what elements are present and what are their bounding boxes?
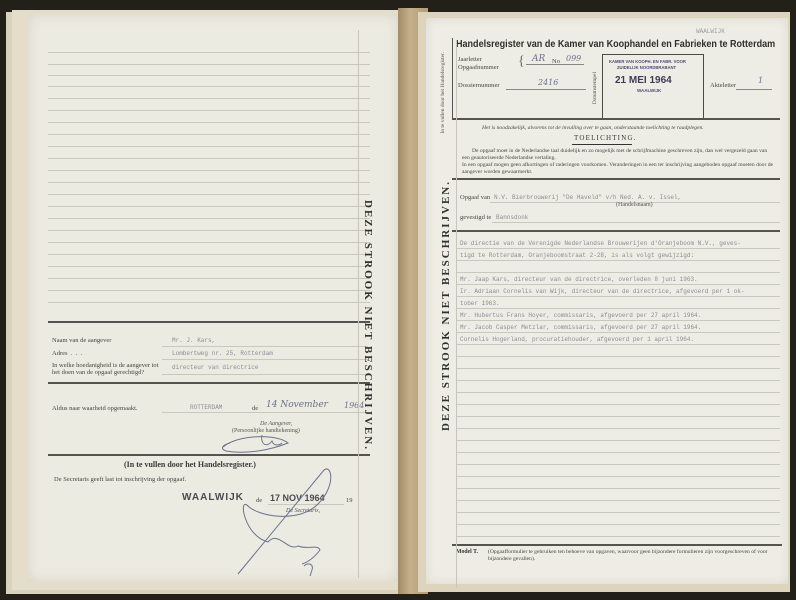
date-stamp-box: KAMER VAN KOOPH. EN FABR. VOOR ZUIDELIJK… bbox=[602, 54, 704, 120]
section-divider bbox=[48, 454, 370, 456]
jaarletter-value: AR bbox=[532, 54, 545, 64]
toelichting-text-2: In een opgaaf mogen geen afkortingen of … bbox=[462, 162, 774, 176]
body-line: tigd te Rotterdam, Oranjeboomstraat 2-28… bbox=[460, 252, 694, 259]
toelichting-heading: TOELICHTING. bbox=[574, 134, 637, 142]
dossier-label: Dossiernummer bbox=[458, 82, 500, 89]
left-margin-line bbox=[358, 30, 359, 578]
year-suffix: 19 bbox=[346, 497, 353, 504]
drawn-up-label: Aldus naar waarheid opgemaakt. bbox=[52, 405, 138, 412]
body-line: Cornelis Hogerland, procuratiehouder, af… bbox=[460, 336, 694, 343]
opgaaf-van-label: Opgaaf van bbox=[460, 194, 490, 201]
heading-underline bbox=[572, 144, 632, 145]
right-page: WAALWIJK Handelsregister van de Kamer va… bbox=[426, 18, 788, 584]
footer-model: Model T. bbox=[456, 549, 478, 555]
drawn-up-date: 14 November bbox=[266, 400, 328, 410]
jaarletter-label: Jaarletter bbox=[458, 56, 482, 63]
dossier-value: 2416 bbox=[538, 78, 558, 87]
stamp-place: WAALWIJK bbox=[637, 88, 661, 93]
header-divider bbox=[452, 118, 780, 120]
adres-label: Adres . . . bbox=[52, 350, 82, 357]
section-divider bbox=[48, 382, 370, 384]
brace: { bbox=[518, 54, 525, 70]
hoedanigheid-value: directeur van directrice bbox=[172, 364, 258, 371]
aangever-role: De Aangever, bbox=[260, 421, 292, 427]
hoedanigheid-label: In welke hoedanigheid is de aangever tot… bbox=[52, 362, 162, 376]
datumstempel-label: Datumstempel bbox=[592, 72, 598, 104]
stamp-line-2: ZUIDELIJK NOORDBRABANT bbox=[617, 65, 676, 70]
register-instruction: De Secretaris geeft last tot inschrijvin… bbox=[54, 476, 186, 483]
akteletter-label: Akteletter bbox=[710, 82, 736, 89]
stamp-line-1: KAMER VAN KOOPH. EN FABR. VOOR bbox=[609, 59, 686, 64]
body-line: Mr. Jacob Casper Metzlar, commissaris, a… bbox=[460, 324, 701, 331]
body-line: Mr. Hubertus Frans Hoyer, commissaris, a… bbox=[460, 312, 701, 319]
footer-text: (Opgaafformulier te gebruiken ten behoev… bbox=[488, 549, 778, 563]
footer-divider bbox=[452, 544, 782, 546]
drawn-up-place: ROTTERDAM bbox=[190, 404, 222, 411]
adres-value: Lombertweg nr. 25, Rotterdam bbox=[172, 350, 273, 357]
form-city: Rotterdam bbox=[730, 38, 775, 50]
handelsnaam-note: (Handelsnaam) bbox=[616, 202, 653, 208]
body-divider bbox=[452, 230, 780, 232]
opgaaf-van-value: N.V. Bierbrouwerij "De Haveld" v/h Ned. … bbox=[494, 194, 681, 201]
header-side-rule bbox=[452, 38, 453, 120]
right-vertical-notice: DEZE STROOK NIET BESCHRIJVEN. bbox=[440, 180, 452, 431]
body-line: tober 1963. bbox=[460, 300, 500, 307]
secretaris-signature bbox=[228, 466, 338, 578]
body-line: De directie van de Verenigde Nederlandse… bbox=[460, 240, 741, 247]
aangever-name-label: Naam van de aangever bbox=[52, 337, 111, 344]
header-side-note: In te vullen door het Handelsregister. bbox=[440, 52, 452, 134]
corner-label: WAALWIJK bbox=[696, 28, 725, 35]
left-vertical-notice: DEZE STROOK NIET BESCHRIJVEN. bbox=[362, 200, 374, 451]
opgaaf-value: 099 bbox=[566, 54, 581, 63]
left-page: Naam van de aangever Mr. J. Kars, Adres … bbox=[28, 14, 398, 582]
form-title: Handelsregister van de Kamer van Koophan… bbox=[456, 38, 775, 50]
de-label: de bbox=[252, 405, 258, 412]
toelichting-divider bbox=[452, 178, 780, 180]
akteletter-value: 1 bbox=[758, 76, 763, 85]
gevestigd-label: gevestigd te bbox=[460, 214, 491, 221]
opgaafnummer-label: Opgaafnummer bbox=[458, 64, 499, 71]
intro-text: Het is noodzakelijk, alvorens tot de inv… bbox=[482, 125, 704, 131]
aangever-name-value: Mr. J. Kars, bbox=[172, 337, 215, 344]
body-line: Mr. Jaap Kars, directeur van de directri… bbox=[460, 276, 698, 283]
stamp-date: 21 MEI 1964 bbox=[615, 75, 672, 86]
body-line: Ir. Adriaan Cornelis van Wijk, directeur… bbox=[460, 288, 744, 295]
right-margin-line bbox=[456, 40, 457, 588]
section-divider bbox=[48, 321, 370, 323]
gevestigd-value: Bannsdonk bbox=[496, 214, 528, 221]
toelichting-text-1: De opgaaf moet in de Nederlandse taal du… bbox=[462, 148, 774, 162]
